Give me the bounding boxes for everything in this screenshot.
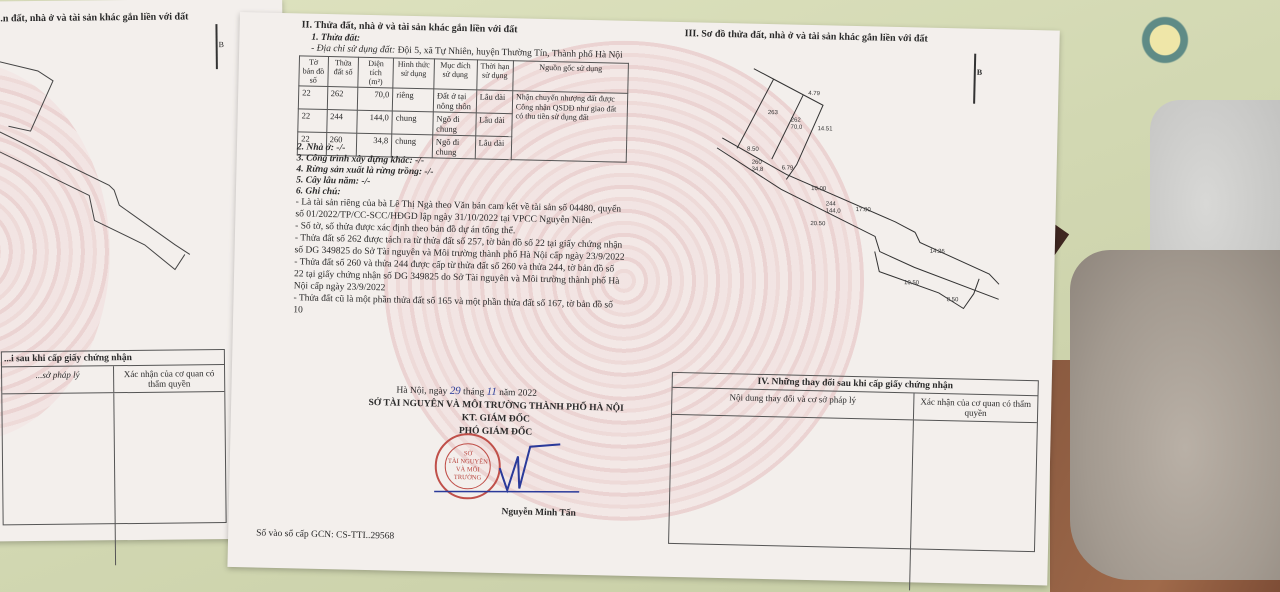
note-line: 10 [293,304,303,316]
address-label: - Địa chỉ sử dụng đất: [311,44,395,56]
parcel-area: 144,0 [826,208,842,214]
signature-block: SỞ TÀI NGUYÊN VÀ MÔI TRƯỜNG THÀNH PHỐ HÀ… [325,396,666,443]
date-month-label: tháng [463,387,484,397]
left-section4-col1: ...sở pháp lý [2,366,114,393]
signer-name: Nguyễn Minh Tấn [469,505,609,521]
parcel-label: 244 [826,201,837,207]
section4-col1: Nội dung thay đổi và cơ sở pháp lý [672,388,914,419]
left-section4-table: ...i sau khi cấp giấy chứng nhận ...sở p… [1,349,227,525]
edge-label: 14.26 [930,249,946,255]
parcel-area: 70,0 [790,125,802,131]
edge-label: 8.50 [947,297,959,303]
cell: Lâu dài [475,113,512,137]
edge-label: 17.00 [856,207,872,213]
cell: Đất ở tại nông thôn [433,89,476,113]
cell: 22 [298,86,327,110]
section4-table: IV. Những thay đổi sau khi cấp giấy chứn… [668,372,1039,552]
section4-col2: Xác nhận của cơ quan có thẩm quyền [914,393,1038,422]
col-purpose: Mục đích sử dụng [434,59,477,90]
cell: Lâu dài [475,136,512,160]
cell: 22 [298,109,327,133]
date-day: 29 [450,385,461,397]
cell: 144,0 [357,110,392,134]
parcel-label: 262 [791,118,802,124]
land-table: Tờ bản đồ số Thửa đất số Diện tích (m²) … [297,55,629,162]
cell: 262 [327,87,358,111]
edge-label: 10.50 [904,280,920,286]
cell: 244 [326,109,357,133]
col-map-sheet: Tờ bản đồ số [299,56,328,87]
col-origin: Nguồn gốc sử dụng [513,61,629,94]
left-section4-col2: Xác nhận của cơ quan có thẩm quyền [114,365,224,392]
col-parcel: Thửa đất số [327,57,358,88]
registry-number: Số vào sổ cấp GCN: CS-TTI..29568 [256,528,394,543]
date-prefix: Hà Nội, ngày [396,386,447,397]
cell: Ngõ đi chung [432,135,475,159]
edge-label: 10.00 [811,186,827,192]
cell: riêng [392,88,433,112]
section3-title: III. Sơ đồ thửa đất, nhà ở và tài sản kh… [684,28,927,45]
grey-blanket [1070,250,1280,580]
parcel-area: 34,8 [751,167,763,173]
origin-cell: Nhận chuyển nhượng đất được Công nhận QS… [511,91,628,163]
signature-scribble [429,436,591,510]
date-year: năm 2022 [499,388,537,399]
parcel-label: 260 [752,160,763,166]
flower-pattern [1130,5,1200,75]
edge-label: 20.50 [810,221,826,227]
cell: Ngõ đi chung [433,112,476,136]
parcel-label: 263 [768,110,779,116]
edge-label: 14.51 [817,126,833,132]
col-area: Diện tích (m²) [358,57,394,88]
col-term: Thời hạn sử dụng [476,60,513,91]
edge-label: 8.50 [747,147,759,153]
edge-label: 6.79 [782,165,794,171]
edge-label: 4.79 [808,91,820,97]
cell: chung [392,111,433,135]
col-form: Hình thức sử dụng [393,58,434,89]
parcel-sketch: 263 262 70,0 260 34,8 244 144,0 4.79 14.… [708,68,1013,315]
cell: Lâu dài [476,90,513,114]
main-certificate-page: II. Thửa đất, nhà ở và tài sản khác gắn … [227,12,1059,585]
cell: 70,0 [358,87,393,111]
date-month: 11 [486,386,496,398]
